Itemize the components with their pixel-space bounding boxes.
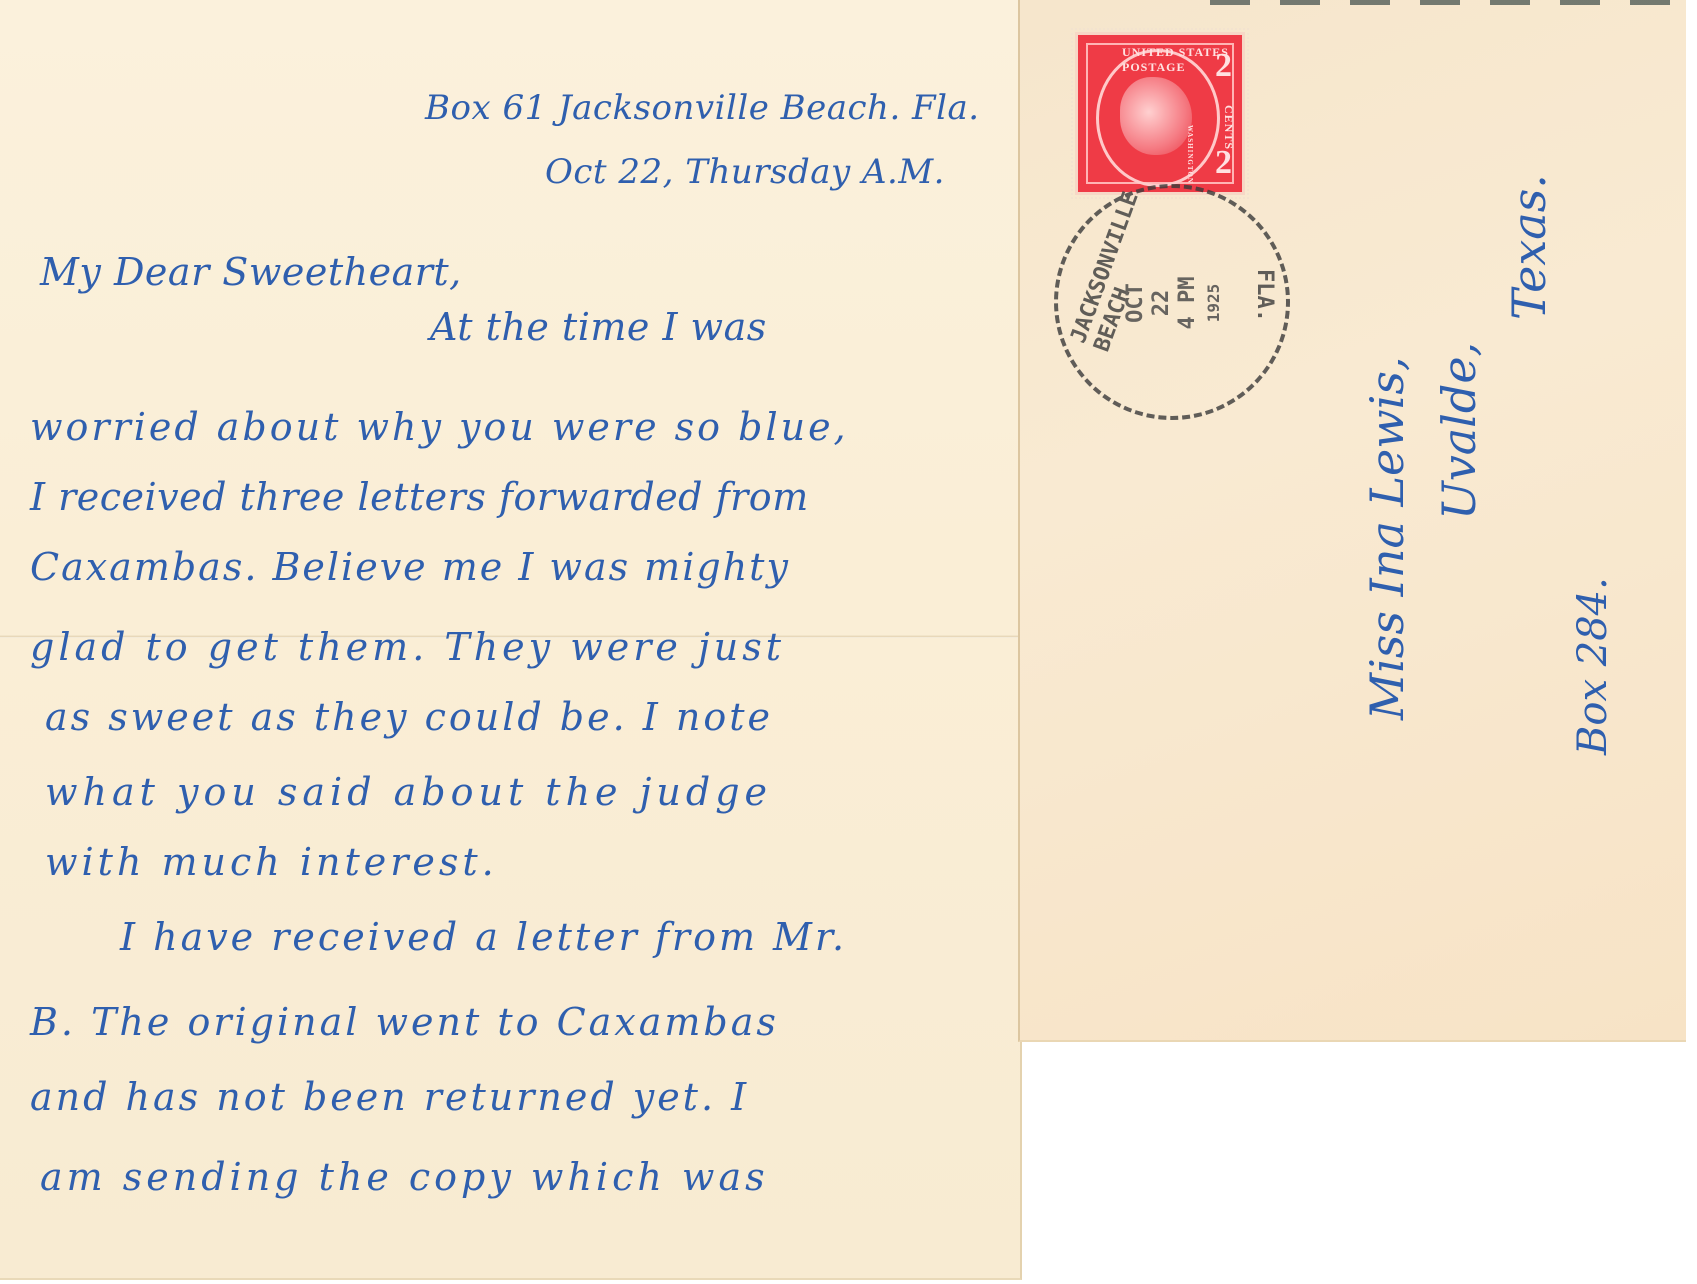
letter-salutation: My Dear Sweetheart, [40,250,462,294]
letter-line: B. The original went to Caxambas [30,1000,779,1044]
stamp-denomination-bottom: 2 [1215,146,1232,180]
letter-line: glad to get them. They were just [30,625,785,669]
stamp-portrait-label: WASHINGTON [1186,125,1194,184]
letter-date: Oct 22, Thursday A.M. [545,152,945,192]
postmark-date-block: OCT 22 4 PM 1925 [1123,253,1253,353]
address-box-number: Box 284. [1570,577,1616,755]
letter-line: At the time I was [430,305,767,349]
letter-line: with much interest. [45,840,498,884]
stamp-denomination-top: 2 [1215,49,1232,83]
envelope: UNITED STATES POSTAGE CENTS WASHINGTON 2… [1018,0,1686,1042]
letter-line: Caxambas. Believe me I was mighty [30,545,790,589]
postmark-state: FLA. [1252,269,1277,322]
letter-line: am sending the copy which was [40,1155,769,1199]
letter-line: what you said about the judge [45,770,772,814]
postmark-time: 4 PM [1175,253,1201,353]
address-state: Texas. [1502,174,1556,320]
letter-line: and has not been returned yet. I [30,1075,749,1119]
letter-line: worried about why you were so blue, [30,405,849,449]
postmark-month: OCT [1123,253,1149,353]
postmark-year: 1925 [1201,253,1227,353]
letter-sheet: Box 61 Jacksonville Beach. Fla. Oct 22, … [0,0,1022,1280]
postmark-cancellation: JACKSONVILLE BEACH FLA. OCT 22 4 PM 1925 [1054,184,1290,420]
envelope-torn-top-edge [1210,0,1686,5]
letter-line: I received three letters forwarded from [30,475,809,519]
address-city: Uvalde, [1432,342,1486,520]
letter-line: I have received a letter from Mr. [120,915,847,959]
letter-line: as sweet as they could be. I note [45,695,773,739]
postmark-day: 22 [1149,253,1175,353]
letter-return-address: Box 61 Jacksonville Beach. Fla. [425,88,980,128]
address-recipient-name: Miss Ina Lewis, [1360,356,1414,720]
